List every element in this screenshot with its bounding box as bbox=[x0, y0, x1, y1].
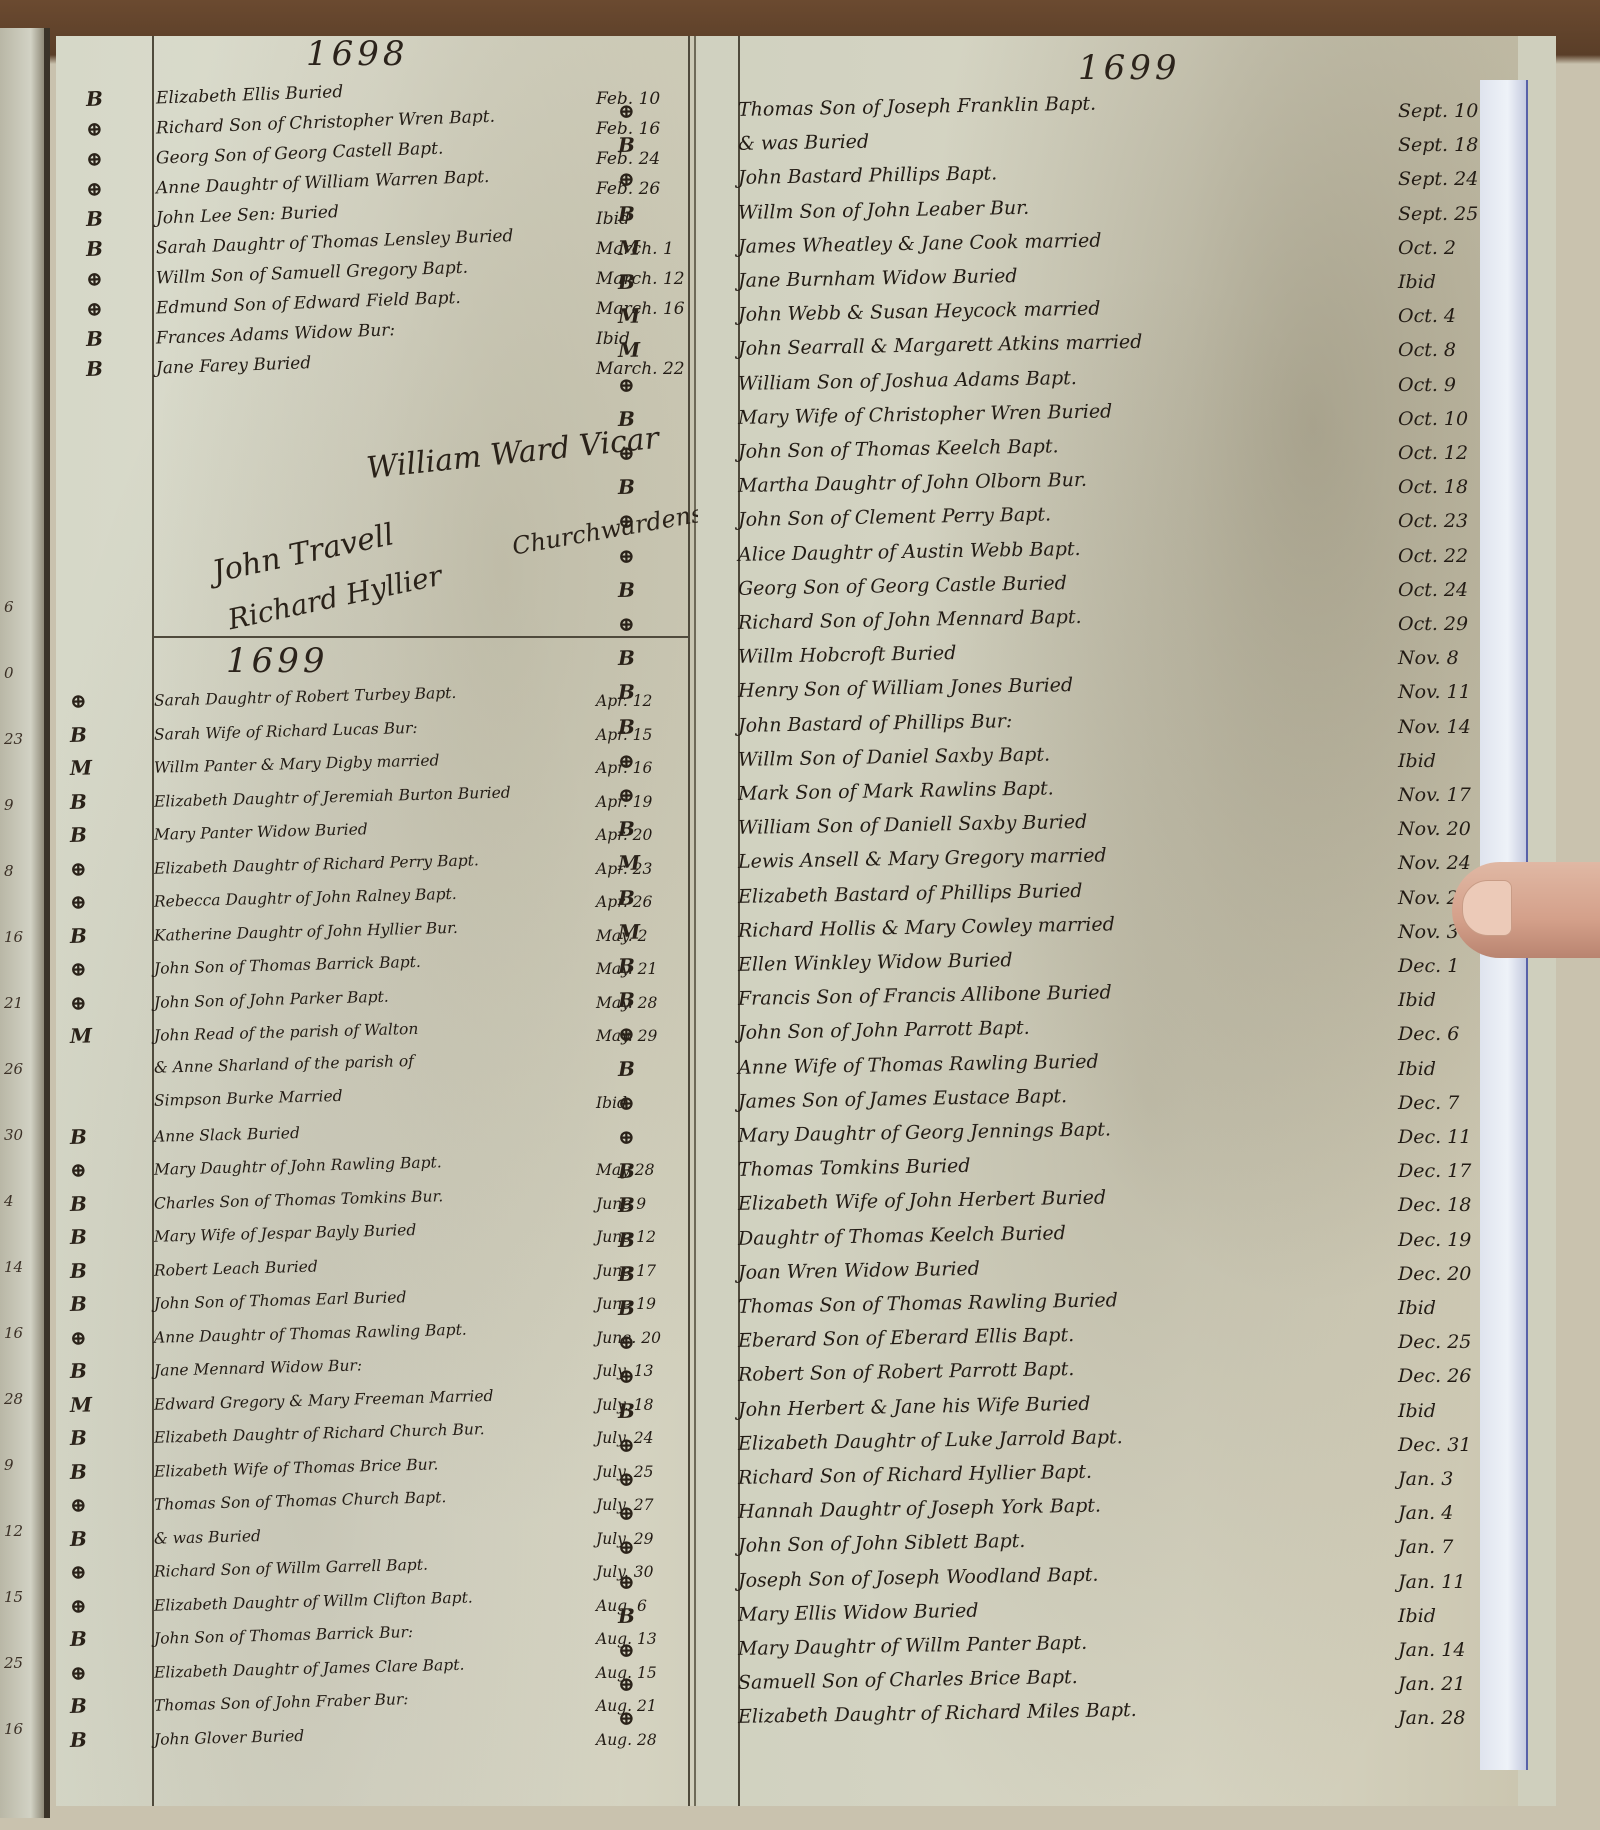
entry-type-mark: B bbox=[618, 402, 739, 434]
entry-text: John Webb & Susan Heycock married bbox=[738, 294, 1101, 330]
entry-type-mark: B bbox=[70, 1421, 155, 1453]
entry-text: John Read of the parish of Walton bbox=[154, 1014, 419, 1051]
entry-date: Jan. 11 bbox=[1398, 1567, 1465, 1597]
entry-text: Mary Panter Widow Buried bbox=[154, 814, 369, 850]
register-entry: BAnne Slack Buried bbox=[70, 1115, 301, 1153]
entry-text: Eberard Son of Eberard Ellis Bapt. bbox=[738, 1320, 1075, 1356]
entry-type-mark: B bbox=[618, 197, 739, 229]
entry-date: Jan. 4 bbox=[1398, 1498, 1453, 1528]
entry-text: Richard Son of Willm Garrell Bapt. bbox=[154, 1550, 429, 1587]
register-entry: BRobert Leach Buried bbox=[70, 1249, 319, 1287]
register-entry: B& was Buried bbox=[618, 126, 870, 161]
entry-type-mark: M bbox=[70, 751, 155, 783]
register-entry: BEllen Winkley Widow Buried bbox=[618, 944, 1013, 982]
entry-type-mark: B bbox=[85, 232, 156, 264]
entry-type-mark: ⊕ bbox=[618, 1086, 739, 1118]
entry-text: William Son of Daniell Saxby Buried bbox=[738, 807, 1088, 843]
entry-text: Mary Daughtr of John Rawling Bapt. bbox=[154, 1147, 442, 1185]
entry-type-mark: B bbox=[70, 918, 155, 950]
entry-type-mark: B bbox=[70, 1454, 155, 1486]
entry-type-mark: ⊕ bbox=[618, 1565, 739, 1597]
entry-text: Francis Son of Francis Allibone Buried bbox=[738, 978, 1112, 1015]
edge-number: 6 bbox=[4, 598, 14, 616]
entry-text: Thomas Son of John Fraber Bur: bbox=[154, 1684, 409, 1721]
entry-date: Sept. 10 bbox=[1398, 96, 1478, 126]
register-entry: ⊕Robert Son of Robert Parrott Bapt. bbox=[618, 1353, 1075, 1392]
entry-type-mark: ⊕ bbox=[618, 504, 739, 536]
register-book: 1698 BElizabeth Ellis BuriedFeb. 10⊕Rich… bbox=[56, 36, 1556, 1806]
entry-date: Oct. 2 bbox=[1398, 233, 1456, 263]
right-page: 1699 ⊕Thomas Son of Joseph Franklin Bapt… bbox=[698, 36, 1518, 1806]
entry-text: Mary Daughtr of Georg Jennings Bapt. bbox=[738, 1114, 1111, 1151]
entry-type-mark: B bbox=[618, 265, 739, 297]
entry-type-mark: B bbox=[618, 675, 739, 707]
entry-type-mark: B bbox=[85, 352, 156, 384]
entry-date: Oct. 23 bbox=[1398, 506, 1468, 536]
entry-date: Oct. 18 bbox=[1398, 472, 1468, 502]
entry-type-mark: ⊕ bbox=[618, 162, 739, 194]
entry-text: Elizabeth Daughtr of Richard Miles Bapt. bbox=[738, 1695, 1137, 1732]
entry-date: Oct. 9 bbox=[1398, 370, 1456, 400]
entry-date: Jan. 7 bbox=[1398, 1532, 1453, 1562]
entry-type-mark: M bbox=[618, 333, 739, 365]
entry-type-mark: B bbox=[618, 1223, 739, 1255]
edge-number: 26 bbox=[4, 1060, 23, 1078]
entry-date: Oct. 29 bbox=[1398, 609, 1468, 639]
entry-type-mark: ⊕ bbox=[70, 1555, 155, 1587]
entry-text: John Bastard Phillips Bapt. bbox=[738, 159, 998, 194]
register-entry: BWillm Son of John Leaber Bur. bbox=[618, 191, 1030, 229]
entry-type-mark: M bbox=[70, 1387, 155, 1419]
entry-type-mark: ⊕ bbox=[618, 1667, 739, 1699]
entry-type-mark: B bbox=[618, 470, 739, 502]
entry-text: Sarah Wife of Richard Lucas Bur: bbox=[154, 712, 418, 749]
entry-type-mark: ⊕ bbox=[618, 539, 739, 571]
entry-text: Willm Panter & Mary Digby married bbox=[154, 745, 440, 782]
register-entry: BJoan Wren Widow Buried bbox=[618, 1252, 980, 1289]
entry-type-mark: B bbox=[618, 1291, 739, 1323]
entry-type-mark: B bbox=[618, 949, 739, 981]
entry-type-mark: ⊕ bbox=[85, 142, 156, 174]
entry-date: Dec. 17 bbox=[1398, 1156, 1471, 1186]
entry-text: Jane Burnham Widow Buried bbox=[738, 261, 1018, 296]
edge-number: 14 bbox=[4, 1258, 23, 1276]
register-entry: BWillm Hobcroft Buried bbox=[618, 637, 957, 674]
edge-number: 16 bbox=[4, 1720, 23, 1738]
entry-type-mark: M bbox=[618, 231, 739, 263]
entry-date: Jan. 3 bbox=[1398, 1464, 1453, 1494]
entry-type-mark: ⊕ bbox=[85, 292, 156, 324]
entry-text: Willm Son of Daniel Saxby Bapt. bbox=[738, 739, 1051, 774]
entry-date: Oct. 24 bbox=[1398, 575, 1468, 605]
entry-type-mark: ⊕ bbox=[618, 1530, 739, 1562]
entry-date: Ibid bbox=[1398, 267, 1436, 297]
entry-type-mark: B bbox=[618, 1188, 739, 1220]
entry-text: Henry Son of William Jones Buried bbox=[738, 670, 1074, 706]
entry-type-mark: ⊕ bbox=[618, 744, 739, 776]
entry-type-mark: B bbox=[70, 1354, 155, 1386]
entry-text: Mary Wife of Christopher Wren Buried bbox=[738, 396, 1113, 433]
year-heading-1699: 1699 bbox=[226, 641, 329, 681]
entry-text: Simpson Burke Married bbox=[154, 1081, 343, 1116]
entry-type-mark: B bbox=[70, 1722, 155, 1754]
register-entry: BMary Ellis Widow Buried bbox=[618, 1595, 979, 1632]
entry-type-mark: ⊕ bbox=[70, 1655, 155, 1687]
entry-type-mark: ⊕ bbox=[85, 262, 156, 294]
entry-type-mark: B bbox=[70, 717, 155, 749]
previous-page-edge: 602398162126304141628912152516 bbox=[0, 28, 50, 1818]
section-divider bbox=[152, 636, 688, 638]
entry-type-mark: B bbox=[618, 881, 739, 913]
entry-type-mark: B bbox=[618, 983, 739, 1015]
entry-text: & was Buried bbox=[154, 1521, 262, 1554]
entry-date: Dec. 20 bbox=[1398, 1259, 1471, 1289]
entry-text: Richard Hollis & Mary Cowley married bbox=[738, 909, 1115, 946]
entry-text: Jane Mennard Widow Bur: bbox=[154, 1350, 363, 1385]
entry-text: John Son of Thomas Barrick Bapt. bbox=[154, 947, 422, 984]
edge-number: 21 bbox=[4, 994, 23, 1012]
entry-type-mark: B bbox=[70, 818, 155, 850]
entry-type-mark: B bbox=[618, 641, 739, 673]
entry-text: Robert Leach Buried bbox=[154, 1251, 319, 1285]
register-entry: MLewis Ansell & Mary Gregory married bbox=[618, 840, 1107, 880]
thumbnail bbox=[1462, 880, 1512, 936]
vicar-signature: William Ward Vicar bbox=[365, 421, 661, 486]
entry-text: John Searrall & Margarett Atkins married bbox=[738, 327, 1143, 364]
entry-type-mark: ⊕ bbox=[618, 1496, 739, 1528]
entry-date: Ibid bbox=[1398, 1396, 1436, 1426]
entry-type-mark: ⊕ bbox=[618, 1017, 739, 1049]
entry-text: Richard Son of Richard Hyllier Bapt. bbox=[738, 1457, 1092, 1493]
register-entry: BMartha Daughtr of John Olborn Bur. bbox=[618, 464, 1087, 503]
entry-date: Sept. 25 bbox=[1398, 199, 1478, 229]
entry-type-mark: B bbox=[70, 1287, 155, 1319]
edge-number: 15 bbox=[4, 1588, 23, 1606]
entry-date: Oct. 10 bbox=[1398, 404, 1468, 434]
entry-text: Elizabeth Daughtr of Willm Clifton Bapt. bbox=[154, 1582, 474, 1620]
entry-text: Mary Wife of Jespar Bayly Buried bbox=[154, 1215, 417, 1252]
entry-type-mark: M bbox=[70, 1019, 155, 1051]
entry-type-mark: B bbox=[70, 1119, 155, 1151]
register-entry: BJane Mennard Widow Bur: bbox=[70, 1348, 363, 1388]
register-entry: ⊕John Son of John Parrott Bapt. bbox=[618, 1012, 1030, 1050]
entry-type-mark: B bbox=[70, 784, 155, 816]
entry-date: Nov. 14 bbox=[1398, 712, 1471, 742]
edge-number: 16 bbox=[4, 1324, 23, 1342]
holding-thumb bbox=[1452, 862, 1600, 958]
register-entry: BJohn Glover Buried bbox=[70, 1718, 305, 1756]
entry-text: Joan Wren Widow Buried bbox=[738, 1253, 980, 1287]
entry-text: John Son of John Parrott Bapt. bbox=[738, 1013, 1030, 1048]
edge-number: 28 bbox=[4, 1390, 23, 1408]
entry-type-mark: B bbox=[70, 1689, 155, 1721]
entry-type-mark: M bbox=[618, 915, 739, 947]
edge-number: 25 bbox=[4, 1654, 23, 1672]
entry-text: John Son of Clement Perry Bapt. bbox=[738, 500, 1052, 535]
entry-text: Alice Daughtr of Austin Webb Bapt. bbox=[738, 534, 1081, 570]
register-entry: B& was Buried bbox=[70, 1519, 262, 1556]
register-entry: ⊕Willm Son of Daniel Saxby Bapt. bbox=[618, 738, 1051, 777]
entry-type-mark: B bbox=[70, 1253, 155, 1285]
entry-text: John Glover Buried bbox=[154, 1720, 305, 1754]
entry-type-mark: B bbox=[70, 1622, 155, 1654]
entry-date: Nov. 24 bbox=[1398, 848, 1471, 878]
entry-text: Anne Wife of Thomas Rawling Buried bbox=[738, 1046, 1099, 1082]
edge-number: 8 bbox=[4, 862, 14, 880]
entry-date: Sept. 18 bbox=[1398, 130, 1478, 160]
entry-text: Anne Slack Buried bbox=[154, 1117, 301, 1151]
entry-type-mark: ⊕ bbox=[70, 1320, 155, 1352]
entry-text: Samuell Son of Charles Brice Bapt. bbox=[738, 1662, 1078, 1698]
register-entry: BJane Farey Buried bbox=[85, 346, 311, 386]
entry-type-mark: ⊕ bbox=[70, 684, 155, 716]
entry-type-mark: ⊕ bbox=[618, 1633, 739, 1665]
entry-date: Dec. 7 bbox=[1398, 1088, 1459, 1118]
entry-text: Joseph Son of Joseph Woodland Bapt. bbox=[738, 1559, 1099, 1595]
entry-text: Mark Son of Mark Rawlins Bapt. bbox=[738, 773, 1054, 809]
entry-type-mark: B bbox=[85, 82, 156, 114]
register-entry: ⊕John Son of Clement Perry Bapt. bbox=[618, 499, 1052, 538]
entry-type-mark: ⊕ bbox=[618, 1701, 739, 1733]
entry-text: John Son of Thomas Keelch Bapt. bbox=[738, 431, 1059, 467]
entry-type-mark: ⊕ bbox=[70, 1488, 155, 1520]
entry-date: Oct. 12 bbox=[1398, 438, 1468, 468]
entry-text: Elizabeth Wife of John Herbert Buried bbox=[738, 1183, 1107, 1219]
entry-text: John Son of Thomas Barrick Bur: bbox=[154, 1617, 414, 1654]
entry-text: Elizabeth Daughtr of James Clare Bapt. bbox=[154, 1649, 465, 1687]
entry-text: Thomas Son of Thomas Rawling Buried bbox=[738, 1285, 1118, 1322]
edge-number: 23 bbox=[4, 730, 23, 748]
entry-text: & Anne Sharland of the parish of bbox=[154, 1045, 415, 1082]
entry-text: Martha Daughtr of John Olborn Bur. bbox=[738, 465, 1087, 501]
entry-date: Dec. 26 bbox=[1398, 1361, 1471, 1391]
entry-type-mark: ⊕ bbox=[70, 985, 155, 1017]
entry-type-mark: ⊕ bbox=[618, 1428, 739, 1460]
entry-type-mark: B bbox=[70, 1521, 155, 1553]
entry-text: Ellen Winkley Widow Buried bbox=[738, 945, 1013, 980]
entry-date: Nov. 8 bbox=[1398, 643, 1459, 673]
entry-text: Daughtr of Thomas Keelch Buried bbox=[738, 1218, 1066, 1254]
entry-date: Sept. 24 bbox=[1398, 164, 1478, 194]
entry-text: John Son of John Parker Bapt. bbox=[154, 981, 389, 1017]
entry-date: Ibid bbox=[1398, 1601, 1436, 1631]
entry-type-mark: ⊕ bbox=[618, 1120, 739, 1152]
entry-type-mark: ⊕ bbox=[618, 1359, 739, 1391]
entry-date: Jan. 14 bbox=[1398, 1635, 1465, 1665]
entry-date: Ibid bbox=[1398, 1054, 1436, 1084]
entry-type-mark bbox=[70, 1106, 154, 1108]
entry-text: Lewis Ansell & Mary Gregory married bbox=[738, 841, 1107, 877]
entry-text: William Son of Joshua Adams Bapt. bbox=[738, 363, 1077, 399]
entry-date: Dec. 11 bbox=[1398, 1122, 1471, 1152]
entry-date: Oct. 8 bbox=[1398, 335, 1456, 365]
register-entry: BElizabeth Wife of John Herbert Buried bbox=[618, 1182, 1107, 1222]
entry-text: Anne Daughtr of Thomas Rawling Bapt. bbox=[154, 1314, 468, 1352]
entry-date: Oct. 22 bbox=[1398, 541, 1468, 571]
entry-date: Nov. 17 bbox=[1398, 780, 1471, 810]
entry-text: Mary Daughtr of Willm Panter Bapt. bbox=[738, 1628, 1088, 1664]
register-entry: Simpson Burke Married bbox=[70, 1081, 343, 1118]
entry-text: James Wheatley & Jane Cook married bbox=[738, 225, 1102, 261]
edge-number: 30 bbox=[4, 1126, 23, 1144]
edge-number: 9 bbox=[4, 796, 14, 814]
entry-date: Dec. 6 bbox=[1398, 1019, 1459, 1049]
entry-text: Richard Son of John Mennard Bapt. bbox=[738, 602, 1082, 638]
entry-type-mark: ⊕ bbox=[618, 1462, 739, 1494]
entry-type-mark: ⊕ bbox=[85, 172, 156, 204]
entry-date: Nov. 11 bbox=[1398, 677, 1471, 707]
entry-date: Jan. 21 bbox=[1398, 1669, 1465, 1699]
entry-type-mark: ⊕ bbox=[618, 368, 739, 400]
entry-type-mark: B bbox=[618, 812, 739, 844]
entry-date: Jan. 28 bbox=[1398, 1703, 1465, 1733]
entry-text: Elizabeth Daughtr of Jeremiah Burton Bur… bbox=[154, 777, 512, 816]
entry-type-mark: ⊕ bbox=[85, 112, 156, 144]
entry-text: Thomas Tomkins Buried bbox=[738, 1151, 971, 1185]
register-entry: BThomas Tomkins Buried bbox=[618, 1150, 971, 1187]
entry-type-mark: ⊕ bbox=[618, 607, 739, 639]
entry-type-mark: B bbox=[618, 573, 739, 605]
register-entry: BJohn Bastard of Phillips Bur: bbox=[618, 705, 1013, 743]
edge-number: 9 bbox=[4, 1456, 14, 1474]
entry-type-mark: ⊕ bbox=[70, 885, 155, 917]
edge-number: 16 bbox=[4, 928, 23, 946]
register-entry: ⊕Mark Son of Mark Rawlins Bapt. bbox=[618, 772, 1054, 811]
entry-text: Elizabeth Bastard of Phillips Buried bbox=[738, 875, 1083, 911]
year-heading-right: 1699 bbox=[1078, 48, 1181, 88]
entry-date: Nov. 20 bbox=[1398, 814, 1471, 844]
edge-number: 0 bbox=[4, 664, 14, 682]
entry-text: James Son of James Eustace Bapt. bbox=[738, 1081, 1068, 1117]
register-entry: ⊕John Son of John Siblett Bapt. bbox=[618, 1525, 1026, 1563]
entry-text: John Bastard of Phillips Bur: bbox=[738, 706, 1013, 741]
entry-text: Thomas Son of Joseph Franklin Bapt. bbox=[738, 89, 1097, 125]
entry-date: Dec. 31 bbox=[1398, 1430, 1471, 1460]
entry-type-mark: B bbox=[70, 1220, 155, 1252]
edge-number: 12 bbox=[4, 1522, 23, 1540]
entry-date: Dec. 1 bbox=[1398, 951, 1459, 981]
entry-type-mark: ⊕ bbox=[618, 436, 739, 468]
register-entry: BHenry Son of William Jones Buried bbox=[618, 669, 1074, 708]
register-entry: MJohn Searrall & Margarett Atkins marrie… bbox=[618, 326, 1143, 366]
entry-text: Robert Son of Robert Parrott Bapt. bbox=[738, 1354, 1075, 1390]
register-entry: ⊕John Bastard Phillips Bapt. bbox=[618, 158, 998, 196]
year-heading-1698: 1698 bbox=[306, 34, 409, 74]
entry-type-mark: B bbox=[618, 710, 739, 742]
entry-text: John Herbert & Jane his Wife Buried bbox=[738, 1388, 1091, 1424]
entry-type-mark: M bbox=[618, 299, 739, 331]
entry-date: Dec. 25 bbox=[1398, 1327, 1471, 1357]
entry-type-mark: ⊕ bbox=[618, 1325, 739, 1357]
entry-date: Oct. 4 bbox=[1398, 301, 1456, 331]
entry-text: Georg Son of Georg Castle Buried bbox=[738, 568, 1067, 604]
entry-type-mark: ⊕ bbox=[618, 94, 739, 126]
entry-type-mark: M bbox=[618, 846, 739, 878]
entry-type-mark: B bbox=[618, 1599, 739, 1631]
entry-type-mark: B bbox=[618, 128, 739, 160]
entry-type-mark: B bbox=[618, 1052, 739, 1084]
register-entry: BMary Panter Widow Buried bbox=[70, 812, 369, 852]
register-entry: ⊕Samuell Son of Charles Brice Bapt. bbox=[618, 1661, 1078, 1700]
entry-type-mark: B bbox=[85, 322, 156, 354]
register-entry: BWilliam Son of Daniell Saxby Buried bbox=[618, 806, 1088, 845]
entry-type-mark: B bbox=[618, 1154, 739, 1186]
entry-type-mark: ⊕ bbox=[70, 851, 155, 883]
entry-text: Willm Hobcroft Buried bbox=[738, 638, 957, 672]
entry-type-mark: B bbox=[618, 1394, 739, 1426]
entry-date: Ibid bbox=[1398, 1293, 1436, 1323]
entry-type-mark: ⊕ bbox=[618, 778, 739, 810]
entry-text: Elizabeth Daughtr of Luke Jarrold Bapt. bbox=[738, 1422, 1123, 1459]
entry-text: Mary Ellis Widow Buried bbox=[738, 1596, 979, 1630]
entry-text: John Son of Thomas Earl Buried bbox=[154, 1282, 407, 1319]
entry-type-mark bbox=[70, 1072, 154, 1074]
entry-type-mark: B bbox=[70, 1186, 155, 1218]
entry-type-mark: B bbox=[618, 1257, 739, 1289]
entry-date: Ibid bbox=[1398, 746, 1436, 776]
register-entry: BJane Burnham Widow Buried bbox=[618, 260, 1018, 298]
entry-date: Dec. 19 bbox=[1398, 1225, 1471, 1255]
entry-type-mark: ⊕ bbox=[70, 952, 155, 984]
entry-text: John Son of John Siblett Bapt. bbox=[738, 1526, 1026, 1561]
entry-text: & was Buried bbox=[738, 127, 870, 159]
entry-type-mark: ⊕ bbox=[70, 1153, 155, 1185]
entry-date: Dec. 18 bbox=[1398, 1190, 1471, 1220]
left-page: 1698 BElizabeth Ellis BuriedFeb. 10⊕Rich… bbox=[56, 36, 696, 1806]
entry-type-mark: ⊕ bbox=[70, 1588, 155, 1620]
entry-text: Hannah Daughtr of Joseph York Bapt. bbox=[738, 1491, 1101, 1527]
register-entry: ⊕Eberard Son of Eberard Ellis Bapt. bbox=[618, 1319, 1075, 1358]
entry-type-mark: B bbox=[85, 202, 156, 234]
entry-text: Jane Farey Buried bbox=[155, 348, 311, 383]
entry-text: Thomas Son of Thomas Church Bapt. bbox=[154, 1482, 447, 1520]
entry-text: Willm Son of John Leaber Bur. bbox=[738, 192, 1030, 227]
edge-number: 4 bbox=[4, 1192, 14, 1210]
register-entry: ⊕John Son of Thomas Keelch Bapt. bbox=[618, 430, 1059, 469]
entry-date: Ibid bbox=[1398, 985, 1436, 1015]
